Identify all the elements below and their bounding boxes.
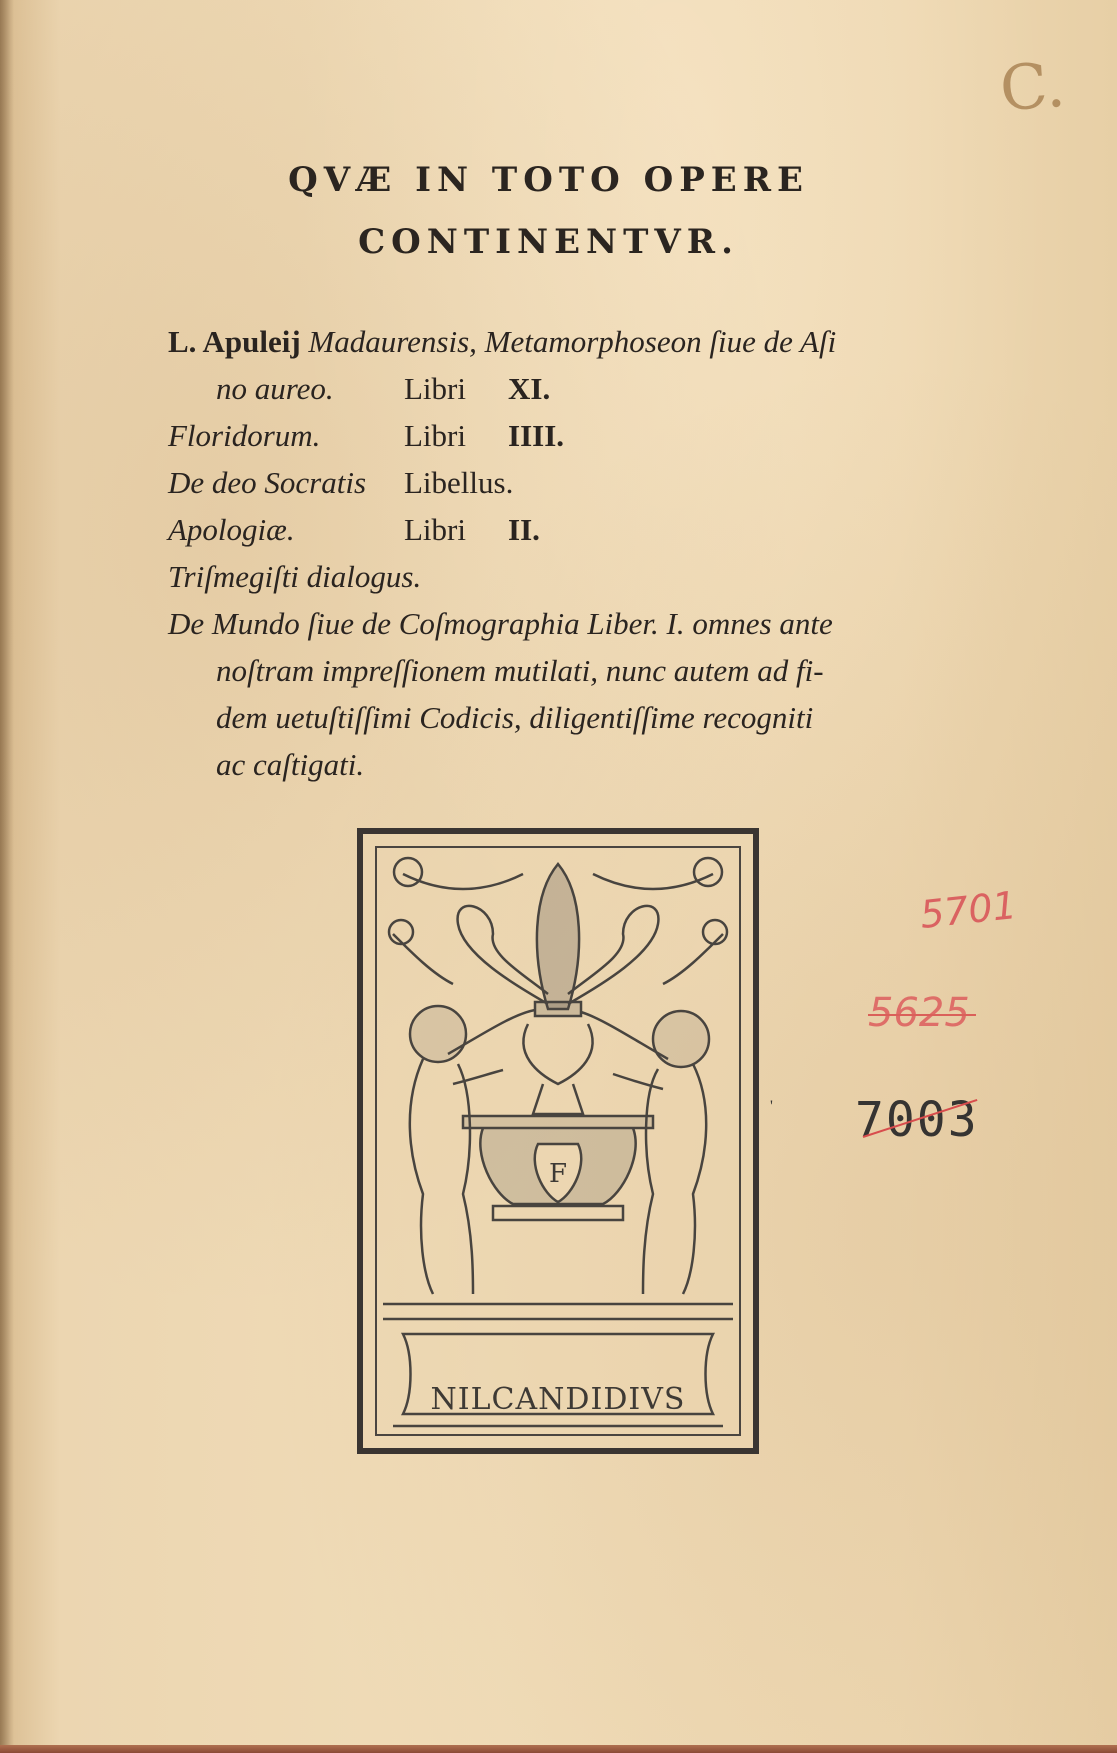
books-label: Libri bbox=[404, 506, 466, 553]
book-page: C. QVÆ IN TOTO OPERE CONTINENTVR. L. Apu… bbox=[0, 0, 1117, 1753]
work-title: De Mundo ſiue de Coſmographia Liber. I. … bbox=[168, 606, 833, 641]
title-line-1: QVÆ IN TOTO OPERE bbox=[0, 160, 1107, 200]
printer-device-woodcut: F NILCANDIDIVS bbox=[357, 828, 759, 1454]
contents-item: De Mundo ſiue de Coſmographia Liber. I. … bbox=[168, 600, 928, 647]
shield-letter: F bbox=[549, 1159, 567, 1189]
contents-item: L. Apuleij Madaurensis, Metamorphoseon ſ… bbox=[168, 318, 928, 365]
books-label: Libellus. bbox=[404, 459, 513, 506]
books-count: XI. bbox=[508, 365, 550, 412]
work-title: De deo Socratis bbox=[168, 465, 366, 500]
books-count: II. bbox=[508, 506, 540, 553]
contents-item-continuation: ac caſtigati. bbox=[168, 741, 928, 788]
shelfmark-red-current: 5701 bbox=[918, 883, 1019, 937]
contents-item-continuation: dem uetuſtiſſimi Codicis, diligentiſſime… bbox=[168, 694, 928, 741]
page-bottom-edge bbox=[0, 1745, 1117, 1753]
contents-item: De deo Socratis Libellus. bbox=[168, 459, 928, 506]
printer-motto: NILCANDIDIVS bbox=[363, 1382, 753, 1417]
shelfmark-red-struck-value: 5625 bbox=[868, 990, 970, 1036]
spine-shadow bbox=[0, 0, 14, 1753]
books-label: Libri bbox=[404, 365, 466, 412]
work-title: no aureo. bbox=[216, 371, 334, 406]
work-title: Floridorum. bbox=[168, 418, 320, 453]
work-title: Madaurensis, Metamorphoseon ſiue de Aſi bbox=[301, 324, 837, 359]
contents-item: Apologiæ. Libri II. bbox=[168, 506, 928, 553]
contents-list: L. Apuleij Madaurensis, Metamorphoseon ſ… bbox=[168, 318, 928, 788]
corner-mark: C. bbox=[998, 48, 1068, 125]
work-title: Triſmegiſti dialogus. bbox=[168, 559, 421, 594]
work-title: Apologiæ. bbox=[168, 512, 295, 547]
author-name: L. Apuleij bbox=[168, 324, 301, 359]
books-label: Libri bbox=[404, 412, 466, 459]
title-line-2: CONTINENTVR. bbox=[0, 222, 1107, 262]
contents-item: Floridorum. Libri IIII. bbox=[168, 412, 928, 459]
contents-item-continuation: noſtram impreſſionem mutilati, nunc aute… bbox=[168, 647, 928, 694]
stray-mark: ' bbox=[770, 1098, 773, 1116]
work-note: ac caſtigati. bbox=[216, 747, 364, 782]
work-note: noſtram impreſſionem mutilati, nunc aute… bbox=[216, 653, 824, 688]
contents-item: no aureo. Libri XI. bbox=[168, 365, 928, 412]
strikethrough-line bbox=[868, 1014, 976, 1016]
fleur-de-lis-putti-illustration: F bbox=[363, 834, 753, 1448]
shelfmark-black-struck: 7003 bbox=[855, 1092, 979, 1148]
shelfmark-red-struck: 5625 bbox=[868, 990, 970, 1036]
books-count: IIII. bbox=[508, 412, 564, 459]
work-note: dem uetuſtiſſimi Codicis, diligentiſſime… bbox=[216, 700, 813, 735]
contents-item: Triſmegiſti dialogus. bbox=[168, 553, 928, 600]
